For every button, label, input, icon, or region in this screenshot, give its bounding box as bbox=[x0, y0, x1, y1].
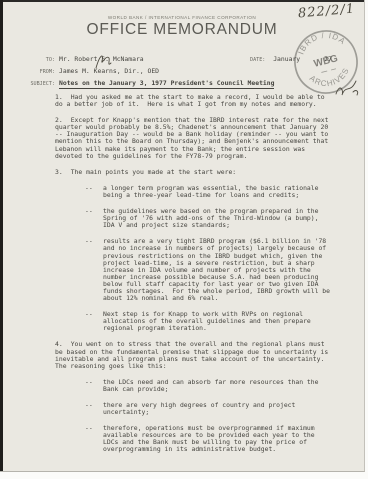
paragraph-text: The main points you made at the start we… bbox=[71, 168, 236, 176]
bullet-text: Next step is for Knapp to work with RVPs… bbox=[103, 310, 315, 332]
paragraph-text: Had you asked me at the start to make a … bbox=[55, 93, 329, 108]
paragraph-text: Except for Knapp's mention that the IBRD… bbox=[55, 116, 332, 159]
bullet-item: --the guidelines were based on the progr… bbox=[55, 208, 333, 229]
dash-marker: -- bbox=[85, 238, 93, 245]
bullet-text: the guidelines were based on the program… bbox=[103, 207, 322, 229]
bullet-item: --the LDCs need and can absorb far more … bbox=[55, 379, 333, 393]
from-label: FROM: bbox=[28, 69, 55, 75]
dash-marker: -- bbox=[85, 185, 93, 192]
memo-page: 822/2/1 WORLD BANK / INTERNATIONAL FINAN… bbox=[0, 0, 365, 472]
paragraph-4: 4.You went on to stress that the overall… bbox=[55, 341, 333, 369]
paragraph-3-intro: 3.The main points you made at the start … bbox=[55, 169, 333, 176]
paragraph-2: 2.Except for Knapp's mention that the IB… bbox=[55, 117, 333, 160]
date-row: DATE: January77 bbox=[250, 55, 332, 63]
bullet-item: --therefore, operations must be overprog… bbox=[55, 425, 333, 453]
dash-marker: -- bbox=[85, 208, 93, 215]
memo-body: 1.Had you asked me at the start to make … bbox=[55, 94, 333, 463]
bullet-item: --there are very high degrees of country… bbox=[55, 402, 333, 416]
bullet-item: --Next step is for Knapp to work with RV… bbox=[55, 311, 333, 332]
subject-label: SUBJECT: bbox=[28, 81, 55, 87]
dash-marker: -- bbox=[85, 425, 93, 432]
bullet-text: there are very high degrees of country a… bbox=[103, 401, 299, 416]
bullet-item: --results are a very tight IBRD program … bbox=[55, 238, 333, 302]
bullet-text: results are a very tight IBRD program ($… bbox=[103, 237, 334, 302]
bullet-text: a longer term program was essential, the… bbox=[103, 184, 322, 199]
bullet-text: the LDCs need and can absorb far more re… bbox=[103, 378, 322, 393]
date-label: DATE: bbox=[250, 57, 265, 63]
date-year: 77 bbox=[324, 55, 332, 63]
subject-value: Notes on the January 3, 1977 President's… bbox=[59, 79, 274, 89]
paragraph-number: 3. bbox=[55, 168, 63, 176]
bullet-text: therefore, operations must be overprogra… bbox=[103, 424, 318, 453]
dash-marker: -- bbox=[85, 311, 93, 318]
bullet-item: --a longer term program was essential, t… bbox=[55, 185, 333, 199]
handwritten-initials-icon bbox=[92, 51, 120, 71]
dash-marker: -- bbox=[85, 379, 93, 386]
paragraph-1: 1.Had you asked me at the start to make … bbox=[55, 94, 333, 108]
subject-row: SUBJECT:Notes on the January 3, 1977 Pre… bbox=[28, 79, 274, 87]
org-line: WORLD BANK / INTERNATIONAL FINANCE CORPO… bbox=[0, 15, 364, 20]
to-row: TO:Mr. Robert S. McNamara bbox=[28, 55, 144, 63]
handwritten-checkmark-icon bbox=[333, 76, 361, 100]
date-month: January bbox=[273, 55, 300, 63]
paragraph-text: You went on to stress that the overall a… bbox=[55, 340, 332, 369]
to-label: TO: bbox=[28, 57, 55, 63]
dash-marker: -- bbox=[85, 402, 93, 409]
